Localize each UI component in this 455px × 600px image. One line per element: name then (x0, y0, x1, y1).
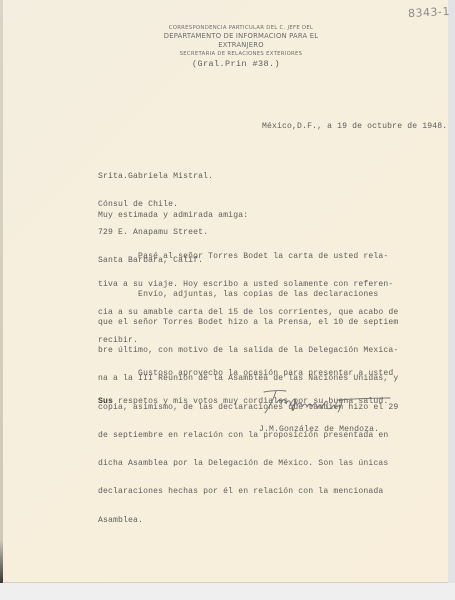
text-line: que el señor Torres Bodet hizo a la Pren… (98, 318, 398, 327)
letter-date: México,D.F., a 19 de octubre de 1948. (262, 122, 447, 131)
text-line: Gustoso aprovecho la ocasión para presen… (98, 369, 393, 378)
archive-number: 8343-1 (408, 5, 451, 20)
letterhead-line-2: DEPARTAMENTO DE INFORMACION PARA EL EXTR… (150, 32, 332, 50)
handwritten-signature (250, 388, 400, 418)
salutation: Muy estimada y admirada amiga: (98, 211, 248, 220)
scan-right-margin (448, 0, 455, 600)
scan-bottom-margin (0, 583, 455, 600)
overtyped-word: Sus (98, 397, 113, 406)
letterhead-reference: (Gral.Prin #38.) (140, 58, 332, 70)
text-line: Asamblea. (98, 516, 398, 525)
letterhead: CORRESPONDENCIA PARTICULAR DEL C. JEFE D… (150, 24, 332, 70)
text-line: Envío, adjuntas, las copias de las decla… (98, 290, 398, 299)
text-line: declaraciones hechas por él en relación … (98, 487, 398, 496)
letterhead-line-3: SECRETARIA DE RELACIONES EXTERIORES (150, 50, 332, 58)
addressee-line: Srita.Gabriela Mistral. (98, 172, 213, 181)
signatory-name: J.M.González de Mendoza. (259, 425, 379, 434)
letterhead-line-1: CORRESPONDENCIA PARTICULAR DEL C. JEFE D… (150, 24, 332, 32)
scan-left-edge (0, 0, 3, 600)
addressee-line: Cónsul de Chile. (98, 200, 213, 209)
text-line: Pasé al señor Torres Bodet la carta de u… (98, 252, 398, 261)
text-line: dicha Asamblea por la Delegación de Méxi… (98, 459, 398, 468)
